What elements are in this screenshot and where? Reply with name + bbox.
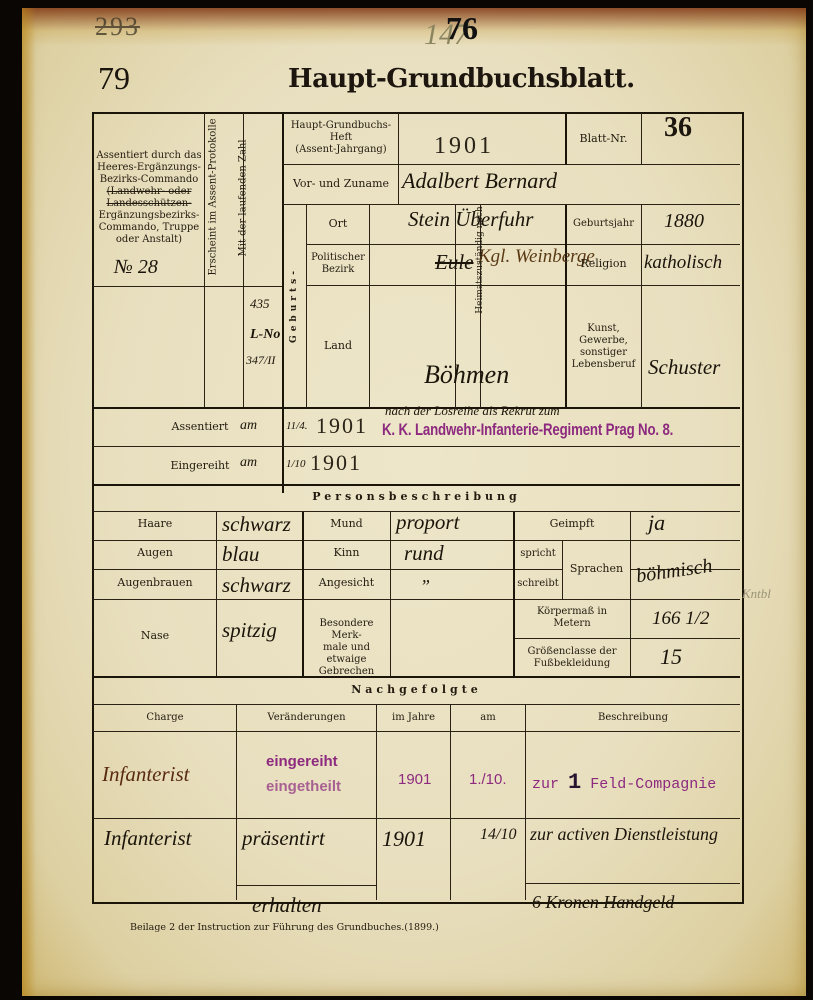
assentiert-durch-value: № 28 xyxy=(114,256,158,279)
row1-veraenderung-1: eingereiht xyxy=(266,753,338,770)
koerpermass-label: Körpermaß in Metern xyxy=(514,606,630,630)
assentiert-year: 1901 xyxy=(316,413,368,439)
grid-line xyxy=(283,204,740,205)
grid-line xyxy=(93,446,740,447)
description-section-title: Personsbeschreibung xyxy=(93,491,740,503)
number-column-label: Mit der laufenden Zahl xyxy=(238,145,249,257)
grid-line xyxy=(390,512,391,676)
column-header-veraenderungen: Veränderungen xyxy=(237,712,376,724)
grid-line xyxy=(565,205,567,408)
row1-charge: Infanterist xyxy=(102,762,190,787)
religion-value: katholisch xyxy=(644,252,722,274)
geimpft-label: Geimpft xyxy=(514,518,630,530)
old-number-struck: 293 xyxy=(95,12,140,42)
row2-jahr: 1901 xyxy=(382,826,426,852)
row1-beschreibung-text: Feld-Compagnie xyxy=(590,776,716,793)
haare-label: Haare xyxy=(94,518,216,530)
land-value: Böhmen xyxy=(424,360,509,390)
grid-line xyxy=(307,285,740,286)
grid-line xyxy=(513,569,563,570)
column-header-jahr: im Jahre xyxy=(377,712,450,724)
row2-am: 14/10 xyxy=(480,826,516,844)
augenbrauen-value: schwarz xyxy=(222,573,291,598)
assentiert-date: 11/4. xyxy=(286,420,308,432)
birth-section-label: Geburts- xyxy=(289,265,299,345)
grid-line xyxy=(93,286,282,287)
kinn-value: rund xyxy=(404,541,444,566)
geburtsjahr-label: Geburtsjahr xyxy=(566,218,641,230)
grid-line xyxy=(93,818,740,819)
kinn-label: Kinn xyxy=(303,547,390,559)
row1-beschreibung: zur 1 Feld-Compagnie xyxy=(532,770,716,795)
nase-label: Nase xyxy=(94,630,216,642)
eingereiht-label: Eingereiht xyxy=(160,460,240,472)
heimat-label: Heimatszuständig nach xyxy=(475,190,485,330)
geimpft-value: ja xyxy=(648,510,665,536)
regiment-stamp: K. K. Landwehr-Infanterie-Regiment Prag … xyxy=(382,420,673,440)
haare-value: schwarz xyxy=(222,512,291,537)
religion-label: Religion xyxy=(566,258,641,270)
mund-value: proport xyxy=(396,510,459,535)
grid-line xyxy=(641,113,642,165)
eingereiht-date: 1/10 xyxy=(286,458,306,470)
grid-line xyxy=(93,731,740,732)
grid-line xyxy=(525,883,740,884)
grid-line xyxy=(525,705,526,900)
grid-line xyxy=(307,244,740,245)
grid-line xyxy=(216,512,217,676)
grid-line xyxy=(93,484,740,486)
blatt-value: 36 xyxy=(664,112,692,144)
ort-label: Ort xyxy=(308,218,368,230)
protocol-column-label: Erscheint im Assent-Protokolle xyxy=(208,126,219,276)
row1-veraenderung-2: eingetheilt xyxy=(266,778,341,795)
heft-value: 1901 xyxy=(434,133,494,160)
beruf-value: Schuster xyxy=(648,355,720,380)
fussbekleidung-label: Größenclasse der Fußbekleidung xyxy=(514,646,630,670)
koerpermass-value: 166 1/2 xyxy=(652,608,710,630)
schreibt-label: schreibt xyxy=(514,578,562,590)
water-stain-left xyxy=(22,8,36,996)
angesicht-label: Angesicht xyxy=(303,577,390,589)
row2-beschreibung-2: 6 Kronen Handgeld xyxy=(532,892,674,913)
land-label: Land xyxy=(308,340,368,352)
grid-line xyxy=(369,205,370,408)
column-header-beschreibung: Beschreibung xyxy=(526,712,740,724)
grid-line xyxy=(306,205,307,408)
geburtsjahr-value: 1880 xyxy=(664,210,704,233)
grid-line xyxy=(283,164,740,165)
row1-beschreibung-prefix: zur xyxy=(532,776,559,793)
grid-line xyxy=(93,704,740,705)
grid-line xyxy=(236,885,376,886)
assentiert-durch-label: Assentiert durch das Heeres-Ergänzungs- … xyxy=(96,150,202,246)
margin-pencil-note: Kntbl xyxy=(742,586,771,602)
grid-line xyxy=(93,599,740,600)
history-section-title: Nachgefolgte xyxy=(93,684,740,696)
number-value-3: 347/II xyxy=(246,353,275,368)
grid-line xyxy=(204,113,205,408)
grid-line xyxy=(236,705,237,900)
row1-beschreibung-number: 1 xyxy=(568,770,581,795)
row2-veraenderung-1: präsentirt xyxy=(242,826,325,851)
number-value-1: 435 xyxy=(250,296,270,312)
augen-label: Augen xyxy=(94,547,216,559)
column-header-am: am xyxy=(451,712,525,724)
bezirk-label: Politischer Bezirk xyxy=(308,252,368,276)
row1-am: 1./10. xyxy=(469,771,507,788)
grid-line xyxy=(376,705,377,900)
spricht-label: spricht xyxy=(514,548,562,560)
column-header-charge: Charge xyxy=(94,712,236,724)
bezirk-value-struck: Eule xyxy=(435,250,473,275)
grid-line xyxy=(630,512,631,676)
number-value-2: L-No xyxy=(250,327,280,343)
heft-label: Haupt-Grundbuchs- Heft (Assent-Jahrgang) xyxy=(285,120,397,156)
eingereiht-year: 1901 xyxy=(310,450,362,476)
merkmale-label: Besondere Merk- male und etwaige Gebrech… xyxy=(303,618,390,678)
eingereiht-mark: am xyxy=(240,455,257,471)
grid-line xyxy=(282,113,284,493)
augenbrauen-label: Augenbrauen xyxy=(94,577,216,589)
blatt-label: Blatt-Nr. xyxy=(566,133,641,145)
nase-value: spitzig xyxy=(222,618,277,643)
ink-number: 76 xyxy=(446,10,478,47)
grid-line xyxy=(450,705,451,900)
assentiert-note: nach der Losreihe als Rekrut zum xyxy=(385,403,560,419)
row2-charge: Infanterist xyxy=(104,826,192,851)
grid-line xyxy=(641,205,642,408)
footer-note: Beilage 2 der Instruction zur Führung de… xyxy=(130,922,439,933)
angesicht-value: ” xyxy=(420,576,430,597)
row2-veraenderung-2: erhalten xyxy=(252,893,322,918)
augen-value: blau xyxy=(222,542,259,567)
fussbekleidung-value: 15 xyxy=(660,644,682,670)
mund-label: Mund xyxy=(303,518,390,530)
beruf-label: Kunst, Gewerbe, sonstiger Lebensberuf xyxy=(566,323,641,371)
row2-beschreibung: zur activen Dienstleistung xyxy=(530,822,735,846)
grid-line xyxy=(93,676,740,678)
grid-line xyxy=(398,113,399,204)
grid-line xyxy=(513,638,740,639)
name-label: Vor- und Zuname xyxy=(285,178,397,190)
assentiert-label: Assentiert xyxy=(160,421,240,433)
page-title: Haupt-Grundbuchsblatt. xyxy=(288,64,635,94)
assentiert-mark: am xyxy=(240,418,257,434)
page-number: 79 xyxy=(98,60,130,97)
ort-value: Stein Überfuhr xyxy=(408,207,533,232)
row1-jahr: 1901 xyxy=(398,771,431,788)
sprachen-label: Sprachen xyxy=(563,563,630,575)
